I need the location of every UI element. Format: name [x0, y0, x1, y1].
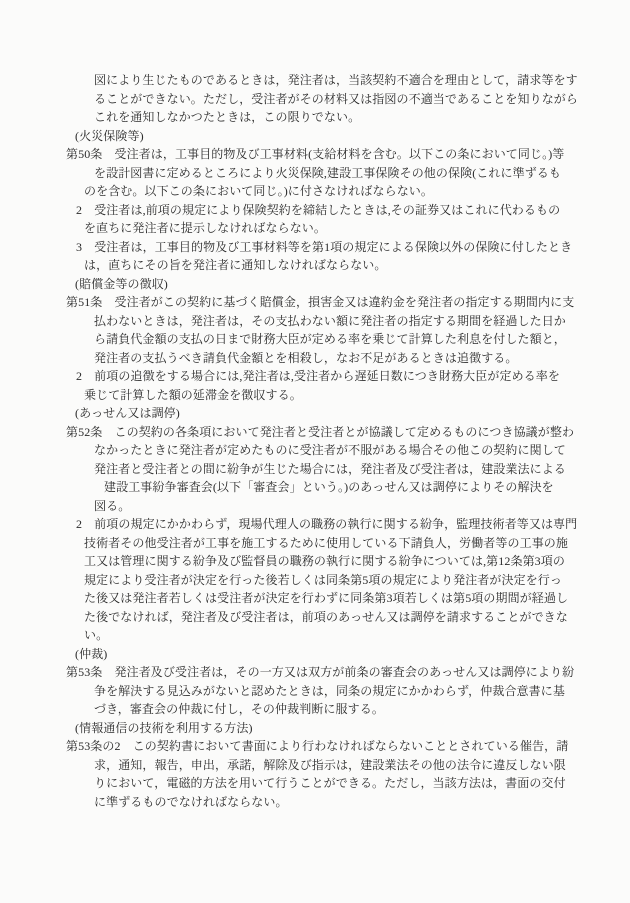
text-line: 乗じて計算した額の延滞金を徴収する。	[0, 386, 630, 405]
text-line: に準ずるものでなければならない。	[0, 793, 630, 812]
text-line: 規定により受注者が決定を行った後若しくは同条第5項の規定により発注者が決定を行っ	[0, 571, 630, 590]
text-line: 技術者その他受注者が工事を施工するために使用している下請負人，労働者等の工事の施	[0, 534, 630, 553]
text-line: 争を解決する見込みがないと認めたときは，同条の規定にかかわらず，仲裁合意書に基	[0, 682, 630, 701]
text-line: づき，審査会の仲裁に付し，その仲裁判断に服する。	[0, 700, 630, 719]
document-page: 図により生じたものであるときは，発注者は，当該契約不適合を理由として，請求等をす…	[0, 0, 630, 903]
clause-item-line: 3 受注者は，工事目的物及び工事材料等を第1項の規定による保険以外の保険に付した…	[0, 238, 630, 257]
section-heading-line: (賠償金等の徴収)	[0, 275, 630, 294]
clause-item-line: 2 受注者は,前項の規定により保険契約を締結したときは,その証券又はこれに代わる…	[0, 201, 630, 220]
text-line: 払わないときは，発注者は，その支払わない額に発注者の指定する期間を経過した日か	[0, 312, 630, 331]
text-line: 工又は管理に関する紛争及び監督員の職務の執行に関する紛争については,第12条第3…	[0, 552, 630, 571]
text-line: ることができない。ただし，受注者がその材料又は指図の不適当であることを知りながら	[0, 90, 630, 109]
text-line: を直ちに発注者に提示しなければならない。	[0, 219, 630, 238]
text-line: のを含む。以下この条において同じ。)に付さなければならない。	[0, 182, 630, 201]
text-line: 求，通知，報告，申出，承諾，解除及び指示は，建設業法その他の法令に違反しない限	[0, 756, 630, 775]
section-heading-line: (火災保険等)	[0, 127, 630, 146]
text-line: 発注者と受注者との間に紛争が生じた場合には，発注者及び受注者は，建設業法による	[0, 460, 630, 479]
clause-item-line: 2 前項の規定にかかわらず，現場代理人の職務の執行に関する紛争，監理技術者等又は…	[0, 515, 630, 534]
article-start-line: 第50条 受注者は，工事目的物及び工事材料(支給材料を含む。以下この条において同…	[0, 145, 630, 164]
text-line: い。	[0, 626, 630, 645]
text-line: は，直ちにその旨を発注者に通知しなければならない。	[0, 256, 630, 275]
section-heading-line: (仲裁)	[0, 645, 630, 664]
clause-item-line: 2 前項の追徴をする場合には,発注者は,受注者から遅延日数につき財務大臣が定める…	[0, 367, 630, 386]
text-line: を設計図書に定めるところにより火災保険,建設工事保険その他の保険(これに準ずるも	[0, 164, 630, 183]
text-line: た後又は発注者若しくは受注者が決定を行わずに同条第3項若しくは第5項の期間が経過…	[0, 589, 630, 608]
text-line: た後でなければ，発注者及び受注者は，前項のあっせん又は調停を請求することができな	[0, 608, 630, 627]
article-start-line: 第53条 発注者及び受注者は，その一方又は双方が前条の審査会のあっせん又は調停に…	[0, 663, 630, 682]
text-line: りにおいて，電磁的方法を用いて行うことができる。ただし，当該方法は，書面の交付	[0, 774, 630, 793]
article-start-line: 第53条の2 この契約書において書面により行わなければならないこととされている催…	[0, 737, 630, 756]
text-line: 建設工事紛争審査会(以下「審査会」という。)のあっせん又は調停によりその解決を	[0, 478, 630, 497]
text-line: 図により生じたものであるときは，発注者は，当該契約不適合を理由として，請求等をす	[0, 71, 630, 90]
section-heading-line: (情報通信の技術を利用する方法)	[0, 719, 630, 738]
text-line: 発注者の支払うべき請負代金額とを相殺し，なお不足があるときは追徴する。	[0, 349, 630, 368]
section-heading-line: (あっせん又は調停)	[0, 404, 630, 423]
text-line: なかったときに発注者が定めたものに受注者が不服がある場合その他この契約に関して	[0, 441, 630, 460]
text-line: 図る。	[0, 497, 630, 516]
article-start-line: 第52条 この契約の各条項において発注者と受注者とが協議して定めるものにつき協議…	[0, 423, 630, 442]
text-line: ら請負代金額の支払の日まで財務大臣が定める率を乗じて計算した利息を付した額と，	[0, 330, 630, 349]
text-line: これを通知しなかつたときは，この限りでない。	[0, 108, 630, 127]
contract-text: 図により生じたものであるときは，発注者は，当該契約不適合を理由として，請求等をす…	[0, 71, 630, 811]
article-start-line: 第51条 受注者がこの契約に基づく賠償金，損害金又は違約金を発注者の指定する期間…	[0, 293, 630, 312]
